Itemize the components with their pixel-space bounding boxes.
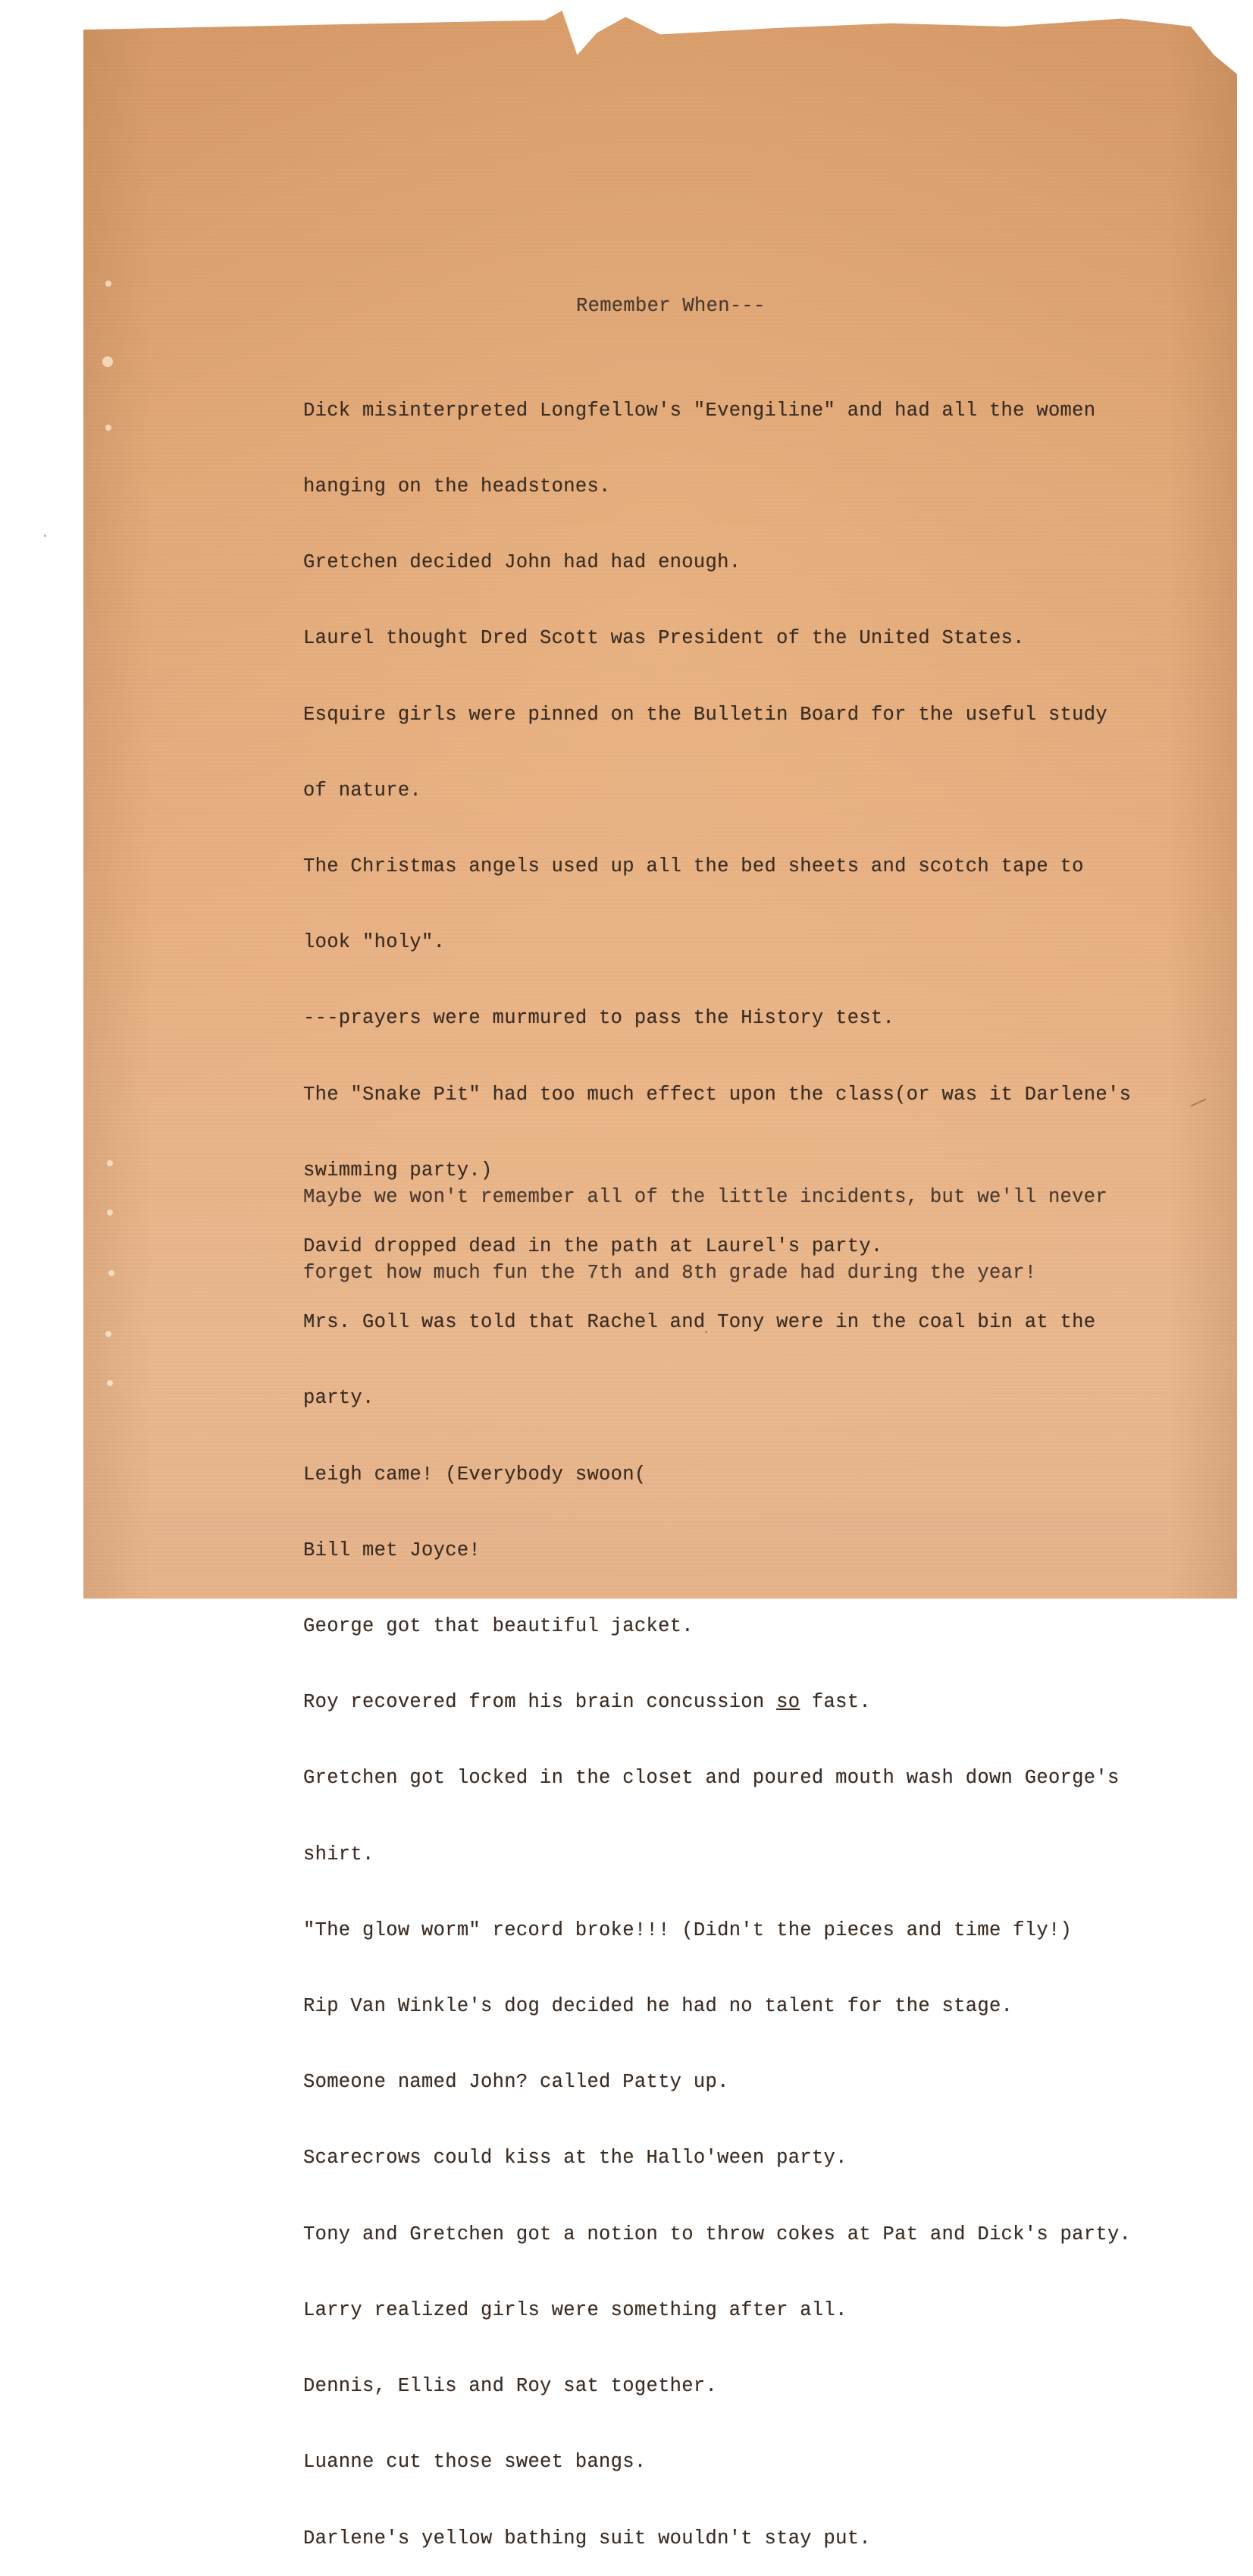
list-item: Leigh came! (Everybody swoon( [303,1462,1131,1487]
list-item: Gretchen decided John had had enough. [303,550,1131,575]
closing-line: forget how much fun the 7th and 8th grad… [303,1260,1107,1285]
list-item: Dick misinterpreted Longfellow's "Evengi… [303,398,1131,423]
list-item: look "holy". [303,930,1131,955]
list-item: of nature. [303,778,1131,803]
closing-paragraph: Maybe we won't remember all of the littl… [303,1134,1107,1311]
list-item: The "Snake Pit" had too much effect upon… [303,1082,1131,1107]
dust-mark [44,535,46,537]
list-item: Mrs. Goll was told that Rachel and Tony … [303,1310,1131,1335]
remember-list: Dick misinterpreted Longfellow's "Evengi… [303,347,1131,1630]
page-title: Remember When--- [576,295,766,317]
list-item: Esquire girls were pinned on the Bulleti… [303,702,1131,727]
list-item: The Christmas angels used up all the bed… [303,854,1131,879]
list-item: hanging on the headstones. [303,474,1131,499]
closing-line: Maybe we won't remember all of the littl… [303,1184,1107,1210]
list-item: George got that beautiful jacket. [303,1614,1131,1630]
list-item: ---prayers were murmured to pass the His… [303,1006,1131,1031]
list-item: Laurel thought Dred Scott was President … [303,626,1131,651]
list-item: party. [303,1385,1131,1410]
list-item: Bill met Joyce! [303,1538,1131,1563]
